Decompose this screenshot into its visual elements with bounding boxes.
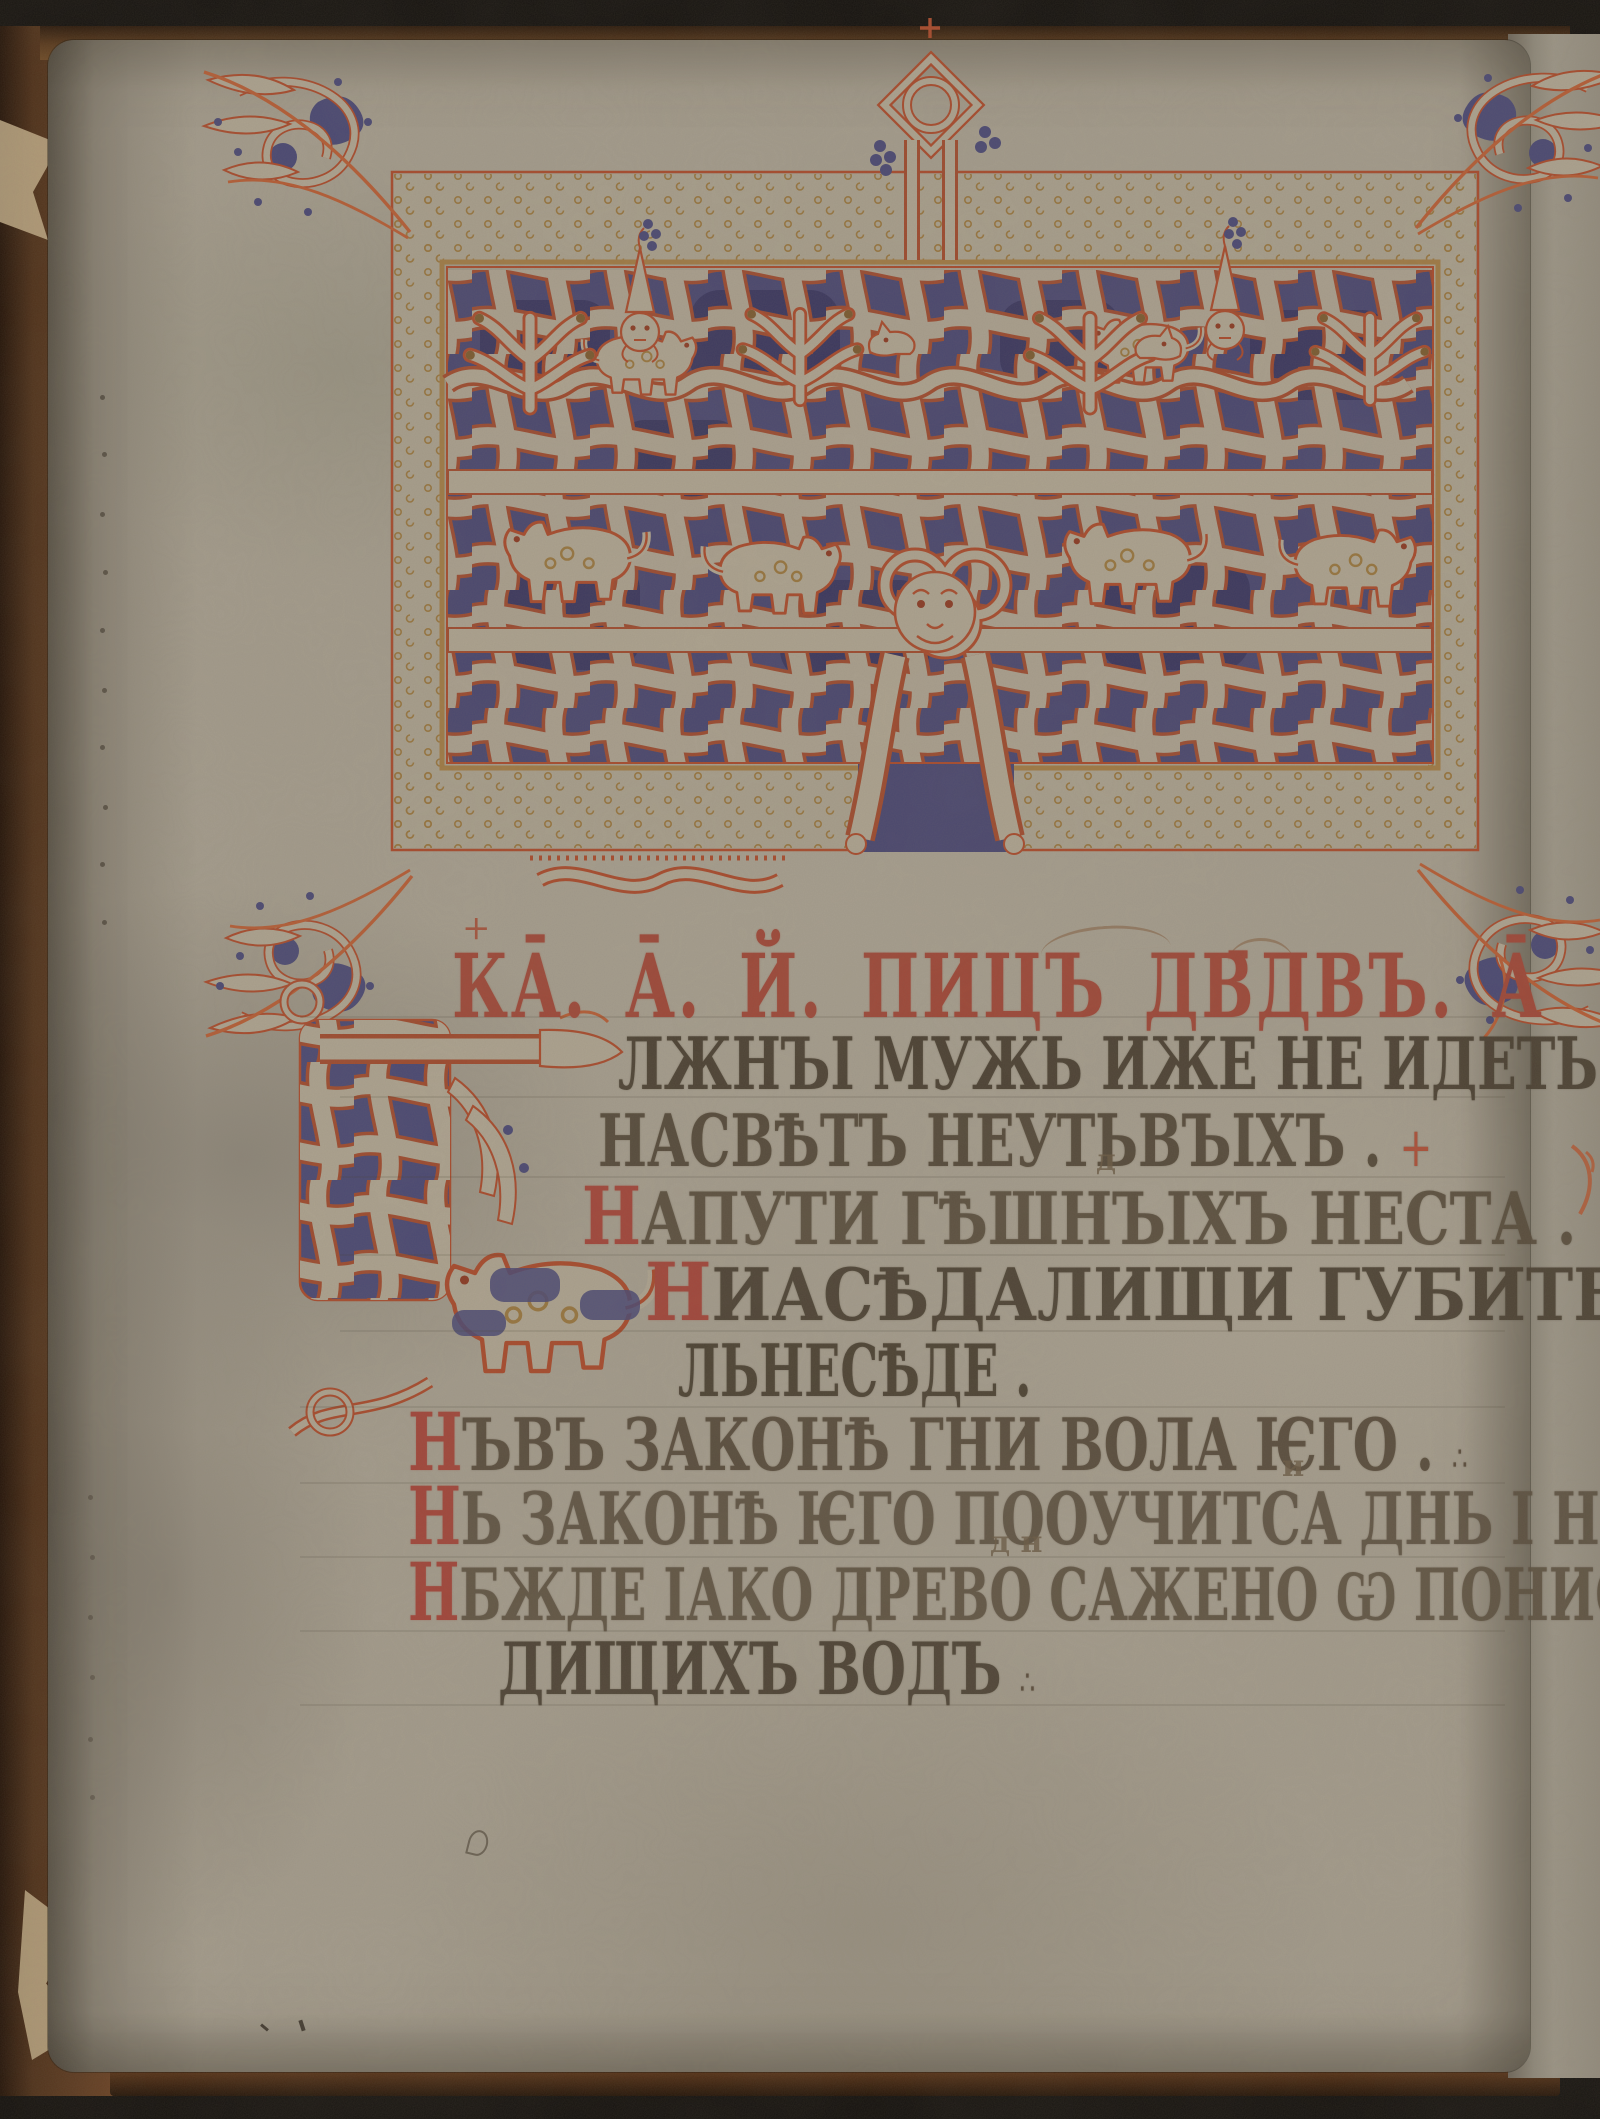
prick-mark — [88, 1615, 93, 1620]
prick-mark — [100, 512, 105, 517]
line-text: БЖДЕ ІАКО ДРЕВО САЖЕНО Ѡ ПОНИСХО — [459, 1552, 1600, 1637]
versal-initial: Н — [645, 1245, 712, 1339]
line-end-mark: ∴ — [1452, 1439, 1468, 1479]
prick-mark — [103, 570, 108, 575]
prick-mark — [102, 688, 107, 693]
text-line-9: ДИЩИХЪ ВОДЪ ∴ — [498, 1626, 1035, 1706]
corner-flourish-top-left — [204, 72, 410, 238]
prick-mark — [100, 745, 105, 750]
text-line-4: НИАСѢДАЛИЩИ ГУБИТЕ — [645, 1252, 1600, 1332]
text-line-8: НБЖДЕ ІАКО ДРЕВО САЖЕНО Ѡ ПОНИСХО — [408, 1552, 1600, 1632]
line-text: ЛЖНЪІ МУЖЬ ИЖЕ НЕ ИДЕТЬ — [618, 1021, 1598, 1106]
sub-border-braid — [530, 858, 790, 886]
prick-mark — [100, 395, 105, 400]
prick-mark — [90, 1675, 95, 1680]
text-line-3: НАПУТИ ГѢШНЪІХЪ НЕСТА . — [582, 1176, 1576, 1256]
line-text: ДИЩИХЪ ВОДЪ — [498, 1626, 1002, 1711]
line-text: ИАСѢДАЛИЩИ ГУБИТЕ — [712, 1252, 1600, 1337]
rubric-title: КА̄. А̄. Й. ПИЦЪ ДВ̄ДВЪ. А̄ — [452, 942, 1545, 1030]
manuscript-photo: + КА̄. А̄. Й. ПИЦЪ ДВ̄ДВЪ. А̄ ЛЖНЪІ МУЖЬ… — [0, 0, 1600, 2119]
text-line-6: НЪВЪ ЗАКОНѢ ГНИ ВОЛА ѤГО . ∴ — [408, 1402, 1468, 1482]
headpiece-ornament — [204, 18, 1600, 1038]
interlinear-gloss: и — [1282, 1452, 1304, 1482]
versal-initial: Н — [582, 1169, 641, 1263]
prick-mark — [90, 1555, 95, 1560]
interlinear-gloss: д н — [990, 1528, 1042, 1558]
prick-mark — [102, 920, 107, 925]
prick-mark — [100, 862, 105, 867]
prick-mark — [88, 1737, 93, 1742]
text-line-1: ЛЖНЪІ МУЖЬ ИЖЕ НЕ ИДЕТЬ — [618, 1021, 1598, 1101]
interlinear-gloss: д — [1096, 1146, 1116, 1176]
line-text: АПУТИ ГѢШНЪІХЪ НЕСТА . — [641, 1176, 1576, 1261]
corner-flourish-bottom-left — [206, 870, 412, 1036]
prick-mark — [102, 452, 107, 457]
line-text: НАСВѢТЪ НЕУТЬВЪІХЪ . — [598, 1098, 1382, 1183]
versal-initial: Н — [408, 1545, 459, 1639]
prick-mark — [90, 1795, 95, 1800]
prick-mark — [88, 1495, 93, 1500]
text-line-2: НАСВѢТЪ НЕУТЬВЪІХЪ . + — [598, 1098, 1432, 1178]
line-end-mark: ∴ — [1020, 1663, 1036, 1703]
prick-mark — [100, 628, 105, 633]
line-text: ЛЬНЕСѢДЕ . — [678, 1328, 1032, 1413]
line-end-cross: + — [1400, 1116, 1433, 1179]
prick-mark — [103, 805, 108, 810]
text-line-5: ЛЬНЕСѢДЕ . — [678, 1328, 1032, 1408]
